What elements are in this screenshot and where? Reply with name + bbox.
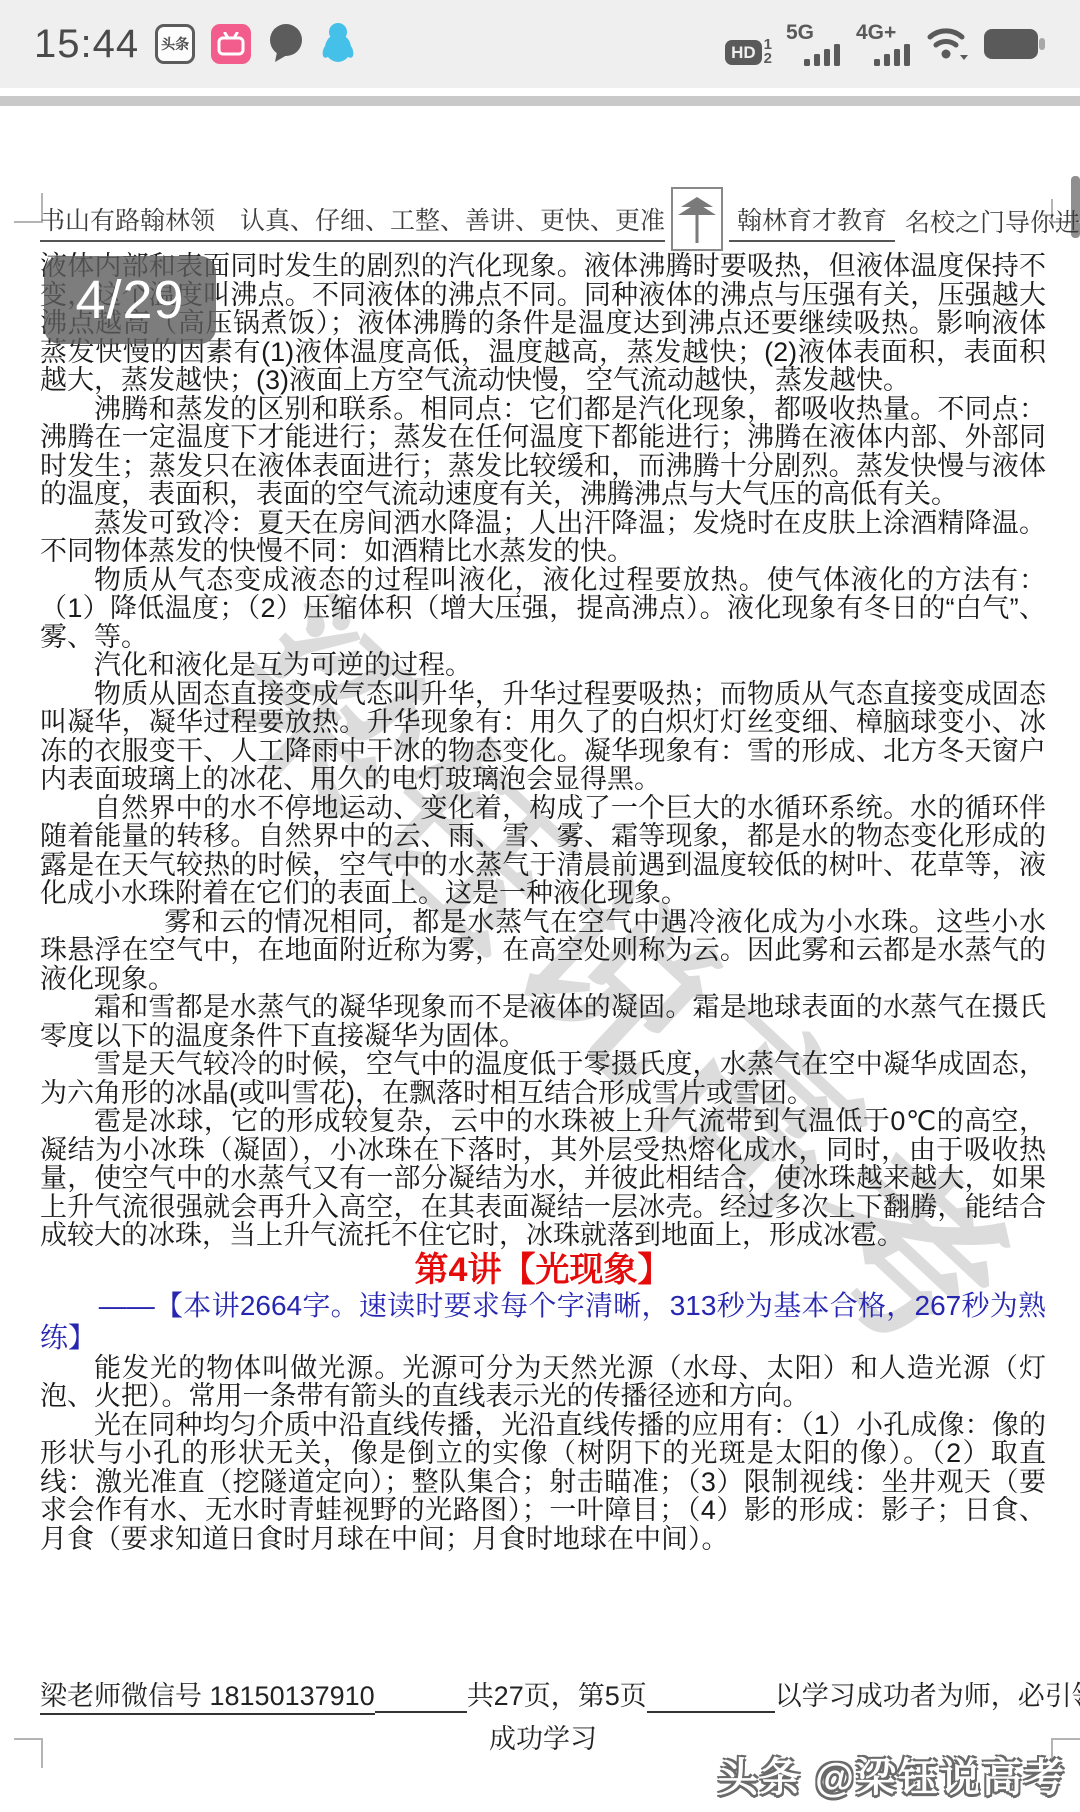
paragraph: 沸腾和蒸发的区别和联系。相同点：它们都是汽化现象，都吸收热量。不同点：沸腾在一定… (40, 395, 1046, 509)
paragraph: 物质从固态直接变成气态叫升华，升华过程要吸热；而物质从气态直接变成固态叫凝华，凝… (40, 680, 1046, 794)
tv-icon (217, 32, 245, 56)
page-position-badge: 4/29 (44, 256, 216, 344)
doc-header-slogan: 名校之门导你进 (895, 203, 1080, 242)
page-gap-divider (0, 96, 1080, 106)
clock: 15:44 (34, 22, 139, 67)
status-bar: 15:44 头条 (0, 0, 1080, 88)
paragraph: 雾和云的情况相同，都是水蒸气在空气中遇冷液化成为小水珠。这些小水珠悬浮在空气中，… (40, 908, 1046, 994)
paragraph: 雹是冰球，它的形成较复杂，云中的水珠被上升气流带到气温低于0℃的高空，凝结为小冰… (40, 1107, 1046, 1250)
toutiao-credit-watermark: 头条 @梁钰说高考 (718, 1746, 1066, 1803)
corner-mark-bottom-right (1051, 1738, 1080, 1740)
paragraph: 物质从气态变成液态的过程叫液化，液化过程要放热。使气体液化的方法有：（1）降低温… (40, 566, 1046, 652)
qq-penguin-notification-icon (321, 21, 355, 68)
page-count: 共27页，第5页 (467, 1681, 647, 1711)
paragraph: 自然界中的水不停地运动、变化着，构成了一个巨大的水循环系统。水的循环伴随着能量的… (40, 794, 1046, 908)
doc-footer: 梁老师微信号 18150137910共27页，第5页以学习成功者为师，必引领学生… (40, 1674, 1046, 1756)
teacher-wechat: 梁老师微信号 18150137910 (40, 1681, 375, 1715)
status-left: 15:44 头条 (34, 21, 355, 68)
toutiao-notification-icon: 头条 (155, 24, 195, 64)
phone-screen: 15:44 头条 (0, 0, 1080, 1812)
wifi-icon (926, 25, 970, 66)
doc-header: 书山有路翰林领 认真、仔细、工整、善讲、更快、更准 翰林育才教育 名校之门导你进 (40, 196, 1048, 242)
bilibili-notification-icon (211, 24, 251, 64)
paragraph: 能发光的物体叫做光源。光源可分为天然光源（水母、太阳）和人造光源（灯泡、火把）。… (40, 1354, 1046, 1411)
volte-hd-icon: HD 1 2 (725, 38, 772, 66)
corner-mark-bottom-left (14, 1738, 43, 1740)
doc-header-motto: 书山有路翰林领 认真、仔细、工整、善讲、更快、更准 (40, 201, 665, 242)
status-right: HD 1 2 5G 4G+ (725, 22, 1046, 66)
battery-icon (984, 27, 1046, 66)
school-tree-logo-icon (671, 187, 723, 251)
paragraph: 蒸发可致冷：夏天在房间洒水降温；人出汗降温；发烧时在皮肤上涂酒精降温。不同物体蒸… (40, 509, 1046, 566)
footer-motto: 以学习成功者为师，必引领学生更好走向 (775, 1681, 1080, 1711)
section-title: 第4讲【光现象】 (40, 1250, 1046, 1290)
paragraph: 汽化和液化是互为可逆的过程。 (40, 651, 1046, 680)
document-body[interactable]: 液体内部和表面同时发生的剧烈的汽化现象。液体沸腾时要吸热，但液体温度保持不变，这… (40, 252, 1046, 1553)
section-subtitle: ——【本讲2664字。速读时要求每个字清晰，313秒为基本合格，267秒为熟练】 (40, 1290, 1046, 1354)
corner-mark-top-left (14, 221, 43, 223)
paragraph: 光在同种均匀介质中沿直线传播，光沿直线传播的应用有：（1）小孔成像：像的形状与小… (40, 1411, 1046, 1554)
doc-header-brand: 翰林育才教育 (729, 201, 895, 242)
signal-4g-icon: 4G+ (856, 22, 912, 66)
paragraph: 霜和雪都是水蒸气的凝华现象而不是液体的凝固。霜是地球表面的水蒸气在摄氏零度以下的… (40, 993, 1046, 1050)
signal-5g-icon: 5G (786, 22, 842, 66)
chat-bubble-notification-icon (267, 22, 305, 67)
paragraph: 雪是天气较冷的时候，空气中的温度低于零摄氏度，水蒸气在空中凝华成固态，为六角形的… (40, 1050, 1046, 1107)
